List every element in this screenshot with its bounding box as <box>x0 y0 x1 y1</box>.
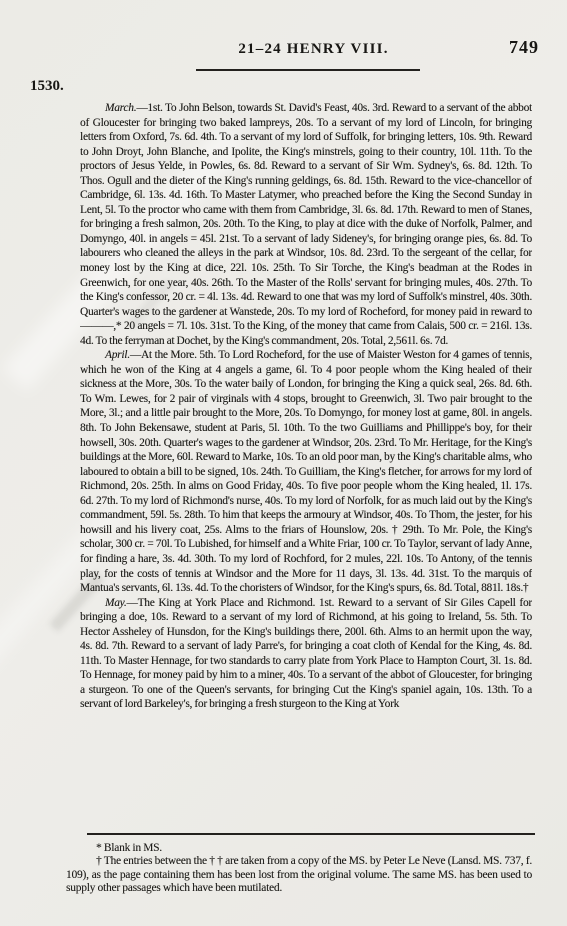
footnotes-block: * Blank in MS. † The entries between the… <box>66 842 532 896</box>
entry-text-may: —The King at York Place and Richmond. 1s… <box>80 597 532 711</box>
month-label-may: May. <box>105 597 126 609</box>
running-header: 21–24 HENRY VIII. <box>60 41 567 58</box>
scanned-book-page: 21–24 HENRY VIII. 749 1530. f. 16.March.… <box>0 0 567 926</box>
footnote-le-neve: † The entries between the † † are taken … <box>66 855 532 895</box>
footnote-marker-asterisk: * <box>96 842 102 854</box>
entry-text-march: —1st. To John Belson, towards St. David'… <box>80 102 532 347</box>
footnote-marker-dagger: † <box>96 855 102 867</box>
main-text-block: f. 16.March.—1st. To John Belson, toward… <box>80 101 532 832</box>
year-label: 1530. <box>30 78 64 95</box>
entry-may: f. 23.May.—The King at York Place and Ri… <box>80 596 532 712</box>
entry-march: f. 16.March.—1st. To John Belson, toward… <box>80 101 532 348</box>
footnote-rule <box>87 833 535 835</box>
entry-text-april: —At the More. 5th. To Lord Rocheford, fo… <box>80 349 532 594</box>
month-label-april: April. <box>105 349 130 361</box>
footnote-text: The entries between the † † are taken fr… <box>66 855 532 894</box>
footnote-text: Blank in MS. <box>104 842 162 854</box>
header-rule <box>196 69 420 71</box>
page-number: 749 <box>509 37 539 58</box>
footnote-blank-in-ms: * Blank in MS. <box>66 842 532 855</box>
entry-april: f. 20.April.—At the More. 5th. To Lord R… <box>80 348 532 595</box>
month-label-march: March. <box>105 102 136 114</box>
